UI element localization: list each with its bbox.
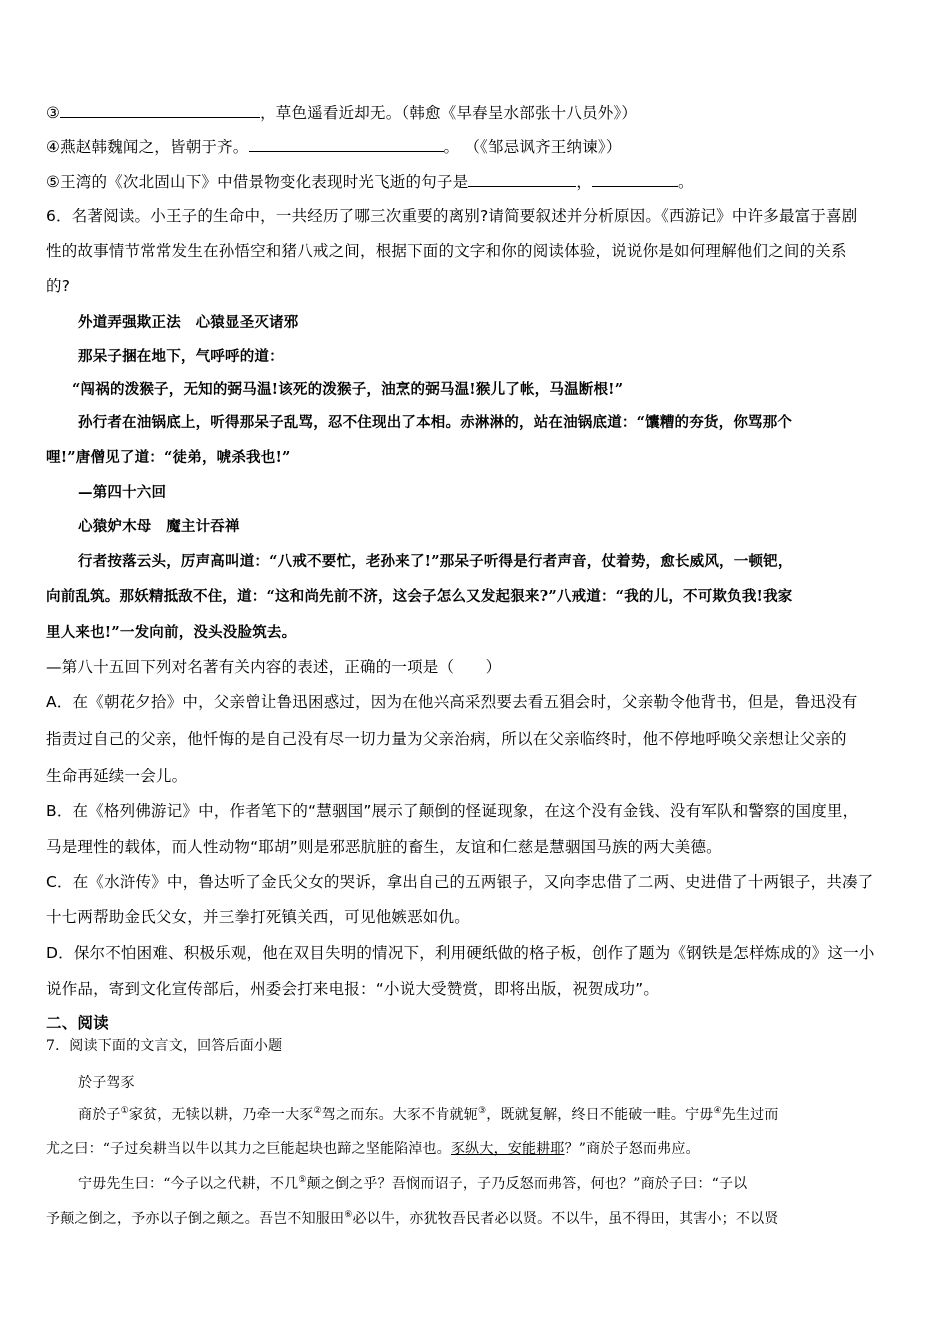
- excerpt1-para-3-line-1: 孙行者在油锅底上，听得那呆子乱骂，忍不住现出了本相。赤淋淋的，站在油锅底道：“馕…: [78, 413, 792, 433]
- q7-para-2-line-1: 宁毋先生曰：“今子以之代耕，不几⑤颠之倒之乎？吾悯而诏子，子乃反怒而弗答，何也？…: [78, 1174, 747, 1194]
- fill-blank-item-4: ④燕赵韩魏闻之，皆朝于齐。。 （《邹忌讽齐王纳谏》）: [46, 137, 622, 157]
- q6-stem-line-1: 6．名著阅读。小王子的生命中，一共经历了哪三次重要的离别?请简要叙述并分析原因。…: [46, 206, 857, 226]
- text: 必以牛，亦犹牧吾民者必以贤。不以牛，虽不得田，其害小；不以贤: [352, 1211, 778, 1227]
- text: 家贫，无犊以耕，乃牵一大豕: [129, 1107, 314, 1123]
- q7-para-1-line-2: 尤之曰：“子过矣耕当以牛以其力之巨能起块也蹄之坚能陷淖也。豕纵大，安能耕耶？”商…: [46, 1139, 700, 1159]
- excerpt1-title: 外道弄强欺正法 心猿显圣灭诸邪: [78, 313, 299, 333]
- excerpt2-para-line-1: 行者按落云头，厉声高叫道：“八戒不要忙，老孙来了!”那呆子听得是行者声音，仗着势…: [78, 552, 793, 572]
- option-d-line-2: 说作品，寄到文化宣传部后，州委会打来电报：“小说大受赞赏，即将出版，祝贺成功”。: [46, 979, 659, 999]
- excerpt1-para-1: 那呆子捆在地下，气呼呼的道：: [78, 347, 284, 367]
- excerpt1-source: —第四十六回: [78, 483, 166, 503]
- option-b-line-2: 马是理性的载体，而人性动物“耶胡”则是邪恶肮脏的畜生，友谊和仁慈是慧骃国马族的两…: [46, 837, 722, 857]
- item-text: 。 （《邹忌讽齐王纳谏》）: [444, 138, 622, 156]
- q6-stem-line-2: 性的故事情节常常发生在孙悟空和猪八戒之间，根据下面的文字和你的阅读体验，说说你是…: [46, 241, 847, 261]
- footnote-marker: ④: [713, 1106, 721, 1116]
- excerpt2-para-line-3: 里人来也!”一发向前，没头没脸筑去。: [46, 623, 296, 643]
- text: ？”商於子怒而弗应。: [565, 1141, 700, 1157]
- option-a-line-1: A．在《朝花夕拾》中，父亲曾让鲁迅困惑过，因为在他兴高采烈要去看五猖会时，父亲勒…: [46, 692, 858, 712]
- q6-choice-stem: —第八十五回下列对名著有关内容的表述，正确的一项是（ ）: [46, 657, 501, 677]
- text: 予颠之倒之，予亦以子倒之颠之。吾岂不知服田: [46, 1211, 344, 1227]
- footnote-marker: ①: [121, 1106, 129, 1116]
- q7-para-2-line-2: 予颠之倒之，予亦以子倒之颠之。吾岂不知服田⑥必以牛，亦犹牧吾民者必以贤。不以牛，…: [46, 1209, 778, 1229]
- option-a-line-2: 指责过自己的父亲，他忏悔的是自己没有尽一切力量为父亲治病，所以在父亲临终时，他不…: [46, 729, 847, 749]
- item-marker: ③: [46, 104, 60, 122]
- separator: ，: [576, 173, 592, 191]
- text: 先生过而: [722, 1107, 779, 1123]
- answer-blank[interactable]: [249, 137, 444, 152]
- q7-passage-title: 於子驾豕: [78, 1073, 135, 1093]
- text: ，既就复解，终日不能破一畦。宁毋: [486, 1107, 713, 1123]
- text: 商於子: [78, 1107, 121, 1123]
- answer-blank[interactable]: [592, 172, 678, 187]
- excerpt2-para-line-2: 向前乱筑。那妖精抵敌不住，道：“这和尚先前不济，这会子怎么又发起狠来?”八戒道：…: [46, 587, 792, 607]
- excerpt2-title: 心猿妒木母 魔主计吞禅: [78, 517, 240, 537]
- item-text: 。: [678, 173, 694, 191]
- footnote-marker: ⑤: [298, 1175, 306, 1185]
- option-a-line-3: 生命再延续一会儿。: [46, 766, 187, 786]
- underlined-sentence: 豕纵大，安能耕耶: [451, 1141, 565, 1157]
- section-heading-reading: 二、阅读: [46, 1013, 109, 1033]
- text: 宁毋先生曰：“今子以之代耕，不几: [78, 1176, 298, 1192]
- answer-blank[interactable]: [60, 103, 260, 118]
- document-page: ③，草色遥看近却无。（韩愈《早春呈水部张十八员外》） ④燕赵韩魏闻之，皆朝于齐。…: [0, 0, 950, 1344]
- text: 尤之曰：“子过矣耕当以牛以其力之巨能起块也蹄之坚能陷淖也。: [46, 1141, 451, 1157]
- item-marker: ④: [46, 138, 60, 156]
- excerpt1-para-3-line-2: 哩!”唐僧见了道：“徒弟，唬杀我也!”: [46, 448, 291, 468]
- q7-para-1-line-1: 商於子①家贫，无犊以耕，乃牵一大豕②驾之而东。大豕不肯就轭③，既就复解，终日不能…: [78, 1105, 779, 1125]
- text: 颠之倒之乎？吾悯而诏子，子乃反怒而弗答，何也？”商於子曰：“子以: [307, 1176, 748, 1192]
- item-text: ，草色遥看近却无。（韩愈《早春呈水部张十八员外》）: [260, 104, 637, 122]
- q6-stem-line-3: 的?: [46, 276, 70, 296]
- answer-blank[interactable]: [468, 172, 576, 187]
- item-text: 燕赵韩魏闻之，皆朝于齐。: [60, 138, 248, 156]
- excerpt1-para-2: “闯祸的泼猴子，无知的弼马温!该死的泼猴子，油烹的弼马温!猴儿了帐，马温断根!”: [72, 380, 623, 400]
- option-c-line-2: 十七两帮助金氏父女，并三拳打死镇关西，可见他嫉恶如仇。: [46, 907, 470, 927]
- option-c-line-1: C．在《水浒传》中，鲁达听了金氏父女的哭诉，拿出自己的五两银子，又向李忠借了二两…: [46, 872, 873, 892]
- option-b-line-1: B．在《格列佛游记》中，作者笔下的“慧骃国”展示了颠倒的怪诞现象，在这个没有金钱…: [46, 801, 858, 821]
- item-marker: ⑤: [46, 173, 60, 191]
- text: 驾之而东。大豕不肯就轭: [322, 1107, 478, 1123]
- fill-blank-item-5: ⑤王湾的《次北固山下》中借景物变化表现时光飞逝的句子是，。: [46, 172, 694, 192]
- q7-stem: 7．阅读下面的文言文，回答后面小题: [46, 1036, 282, 1056]
- item-text: 王湾的《次北固山下》中借景物变化表现时光飞逝的句子是: [60, 173, 468, 191]
- fill-blank-item-3: ③，草色遥看近却无。（韩愈《早春呈水部张十八员外》）: [46, 103, 637, 123]
- option-d-line-1: D．保尔不怕困难、积极乐观，他在双目失明的情况下，利用硬纸做的格子板，创作了题为…: [46, 943, 875, 963]
- footnote-marker: ②: [314, 1106, 322, 1116]
